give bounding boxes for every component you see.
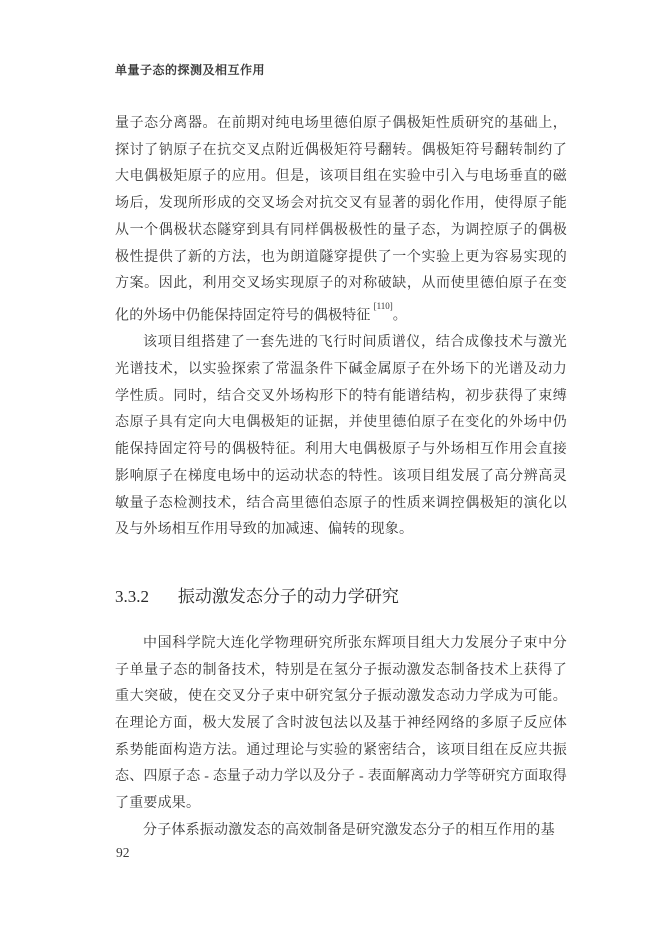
- page-content: 量子态分离器。在前期对纯电场里德伯原子偶极矩性质研究的基础上，探讨了钠原子在抗交…: [115, 111, 567, 845]
- paragraph-vibrational-states: 分子体系振动激发态的高效制备是研究激发态分子的相互作用的基: [115, 818, 567, 845]
- citation-110: [110]: [374, 301, 393, 311]
- document-page: 单量子态的探测及相互作用 量子态分离器。在前期对纯电场里德伯原子偶极矩性质研究的…: [0, 0, 666, 930]
- section-heading: 3.3.2振动激发态分子的动力学研究: [115, 584, 567, 610]
- section-title: 振动激发态分子的动力学研究: [178, 587, 399, 606]
- paragraph-continuation-tail: 。: [393, 309, 407, 324]
- paragraph-tof-spectrometer: 该项目组搭建了一套先进的飞行时间质谱仪，结合成像技术与激光光谱技术，以实验探索了…: [115, 330, 567, 544]
- paragraph-continuation-text: 量子态分离器。在前期对纯电场里德伯原子偶极矩性质研究的基础上，探讨了钠原子在抗交…: [115, 116, 567, 324]
- page-number: 92: [116, 845, 130, 861]
- section-number: 3.3.2: [115, 584, 149, 610]
- paragraph-dalian-group: 中国科学院大连化学物理研究所张东辉项目组大力发展分子束中分子单量子态的制备技术，…: [115, 631, 567, 818]
- paragraph-continuation: 量子态分离器。在前期对纯电场里德伯原子偶极矩性质研究的基础上，探讨了钠原子在抗交…: [115, 111, 567, 330]
- running-header: 单量子态的探测及相互作用: [115, 61, 265, 78]
